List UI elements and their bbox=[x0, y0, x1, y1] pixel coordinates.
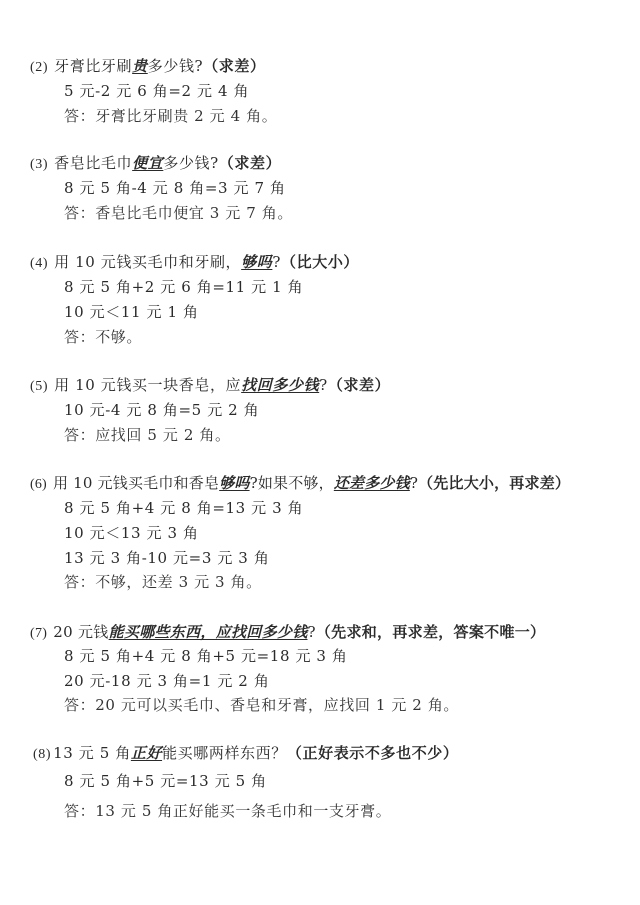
problem-2-step-1: 5 元-2 元 6 角=2 元 4 角 bbox=[64, 82, 249, 100]
emphasized-keyword: 够吗 bbox=[219, 474, 249, 492]
problem-3-answer: 答：香皂比毛巾便宜 3 元 7 角。 bbox=[64, 204, 293, 222]
problem-6-step-1: 8 元 5 角+4 元 8 角=13 元 3 角 bbox=[64, 499, 303, 517]
question-text: 能买哪两样东西？ bbox=[162, 744, 287, 762]
problem-7-title: (7)20 元钱能买哪些东西，应找回多少钱?（先求和，再求差，答案不唯一） bbox=[30, 623, 545, 643]
emphasized-keyword: 够吗 bbox=[241, 253, 272, 271]
question-text: ? bbox=[410, 474, 418, 492]
problem-3-step-1: 8 元 5 角-4 元 8 角=3 元 7 角 bbox=[64, 179, 286, 197]
method-hint: （先比大小，再求差） bbox=[418, 474, 570, 492]
problem-number: (4) bbox=[30, 256, 48, 271]
method-hint: （比大小） bbox=[281, 253, 359, 271]
emphasized-keyword: 还差多少钱 bbox=[334, 474, 410, 492]
emphasized-keyword: 正好 bbox=[131, 744, 162, 762]
question-text: 20 元钱 bbox=[53, 623, 108, 641]
emphasized-keyword: 便宜 bbox=[132, 154, 163, 172]
problem-6-step-2: 10 元＜13 元 3 角 bbox=[64, 524, 199, 542]
problem-8-title: (8)13 元 5 角正好能买哪两样东西？（正好表示不多也不少） bbox=[33, 744, 459, 764]
problem-number: (3) bbox=[30, 157, 48, 172]
problem-5-title: (5)用 10 元钱买一块香皂，应找回多少钱?（求差） bbox=[30, 376, 390, 396]
question-text: 多少钱? bbox=[148, 57, 203, 75]
problem-4-answer: 答：不够。 bbox=[64, 328, 142, 346]
question-text: 香皂比毛巾 bbox=[54, 154, 132, 172]
problem-2-title: (2)牙膏比牙刷贵多少钱?（求差） bbox=[30, 57, 266, 77]
problem-4-step-1: 8 元 5 角+2 元 6 角=11 元 1 角 bbox=[64, 278, 303, 296]
problem-number: (8) bbox=[33, 747, 51, 762]
problem-3-title: (3)香皂比毛巾便宜多少钱?（求差） bbox=[30, 154, 281, 174]
question-text: ?如果不够， bbox=[250, 474, 334, 492]
method-hint: （正好表示不多也不少） bbox=[287, 744, 459, 762]
problem-6-answer: 答：不够，还差 3 元 3 角。 bbox=[64, 573, 262, 591]
problem-7-step-2: 20 元-18 元 3 角=1 元 2 角 bbox=[64, 672, 269, 690]
problem-number: (5) bbox=[30, 379, 48, 394]
problem-number: (2) bbox=[30, 60, 48, 75]
problem-7-answer: 答：20 元可以买毛巾、香皂和牙膏，应找回 1 元 2 角。 bbox=[64, 696, 459, 714]
question-text: 多少钱? bbox=[163, 154, 218, 172]
problem-5-step-1: 10 元-4 元 8 角=5 元 2 角 bbox=[64, 401, 259, 419]
question-text: ? bbox=[308, 623, 316, 641]
method-hint: （求差） bbox=[219, 154, 281, 172]
problem-8-answer: 答：13 元 5 角正好能买一条毛巾和一支牙膏。 bbox=[64, 802, 391, 820]
problem-7-step-1: 8 元 5 角+4 元 8 角+5 元=18 元 3 角 bbox=[64, 647, 348, 665]
question-text: 用 10 元钱买毛巾和牙刷， bbox=[54, 253, 241, 271]
emphasized-keyword: 贵 bbox=[132, 57, 148, 75]
problem-number: (7) bbox=[30, 626, 47, 641]
method-hint: （求差） bbox=[203, 57, 265, 75]
method-hint: （求差） bbox=[328, 376, 390, 394]
question-text: 13 元 5 角 bbox=[53, 744, 131, 762]
problem-6-step-3: 13 元 3 角-10 元=3 元 3 角 bbox=[64, 549, 269, 567]
problem-4-step-2: 10 元＜11 元 1 角 bbox=[64, 303, 199, 321]
problem-number: (6) bbox=[30, 477, 47, 492]
emphasized-keyword: 能买哪些东西，应找回多少钱 bbox=[109, 623, 308, 641]
question-text: ? bbox=[272, 253, 281, 271]
problem-6-title: (6)用 10 元钱买毛巾和香皂够吗?如果不够，还差多少钱?（先比大小，再求差） bbox=[30, 474, 570, 494]
question-text: 用 10 元钱买毛巾和香皂 bbox=[53, 474, 219, 492]
question-text: ? bbox=[319, 376, 328, 394]
emphasized-keyword: 找回多少钱 bbox=[241, 376, 319, 394]
question-text: 牙膏比牙刷 bbox=[54, 57, 132, 75]
method-hint: （先求和，再求差，答案不唯一） bbox=[316, 623, 546, 641]
problem-4-title: (4)用 10 元钱买毛巾和牙刷，够吗?（比大小） bbox=[30, 253, 359, 273]
problem-2-answer: 答：牙膏比牙刷贵 2 元 4 角。 bbox=[64, 107, 277, 125]
question-text: 用 10 元钱买一块香皂，应 bbox=[54, 376, 241, 394]
problem-8-step-1: 8 元 5 角+5 元=13 元 5 角 bbox=[64, 772, 267, 790]
problem-5-answer: 答：应找回 5 元 2 角。 bbox=[64, 426, 231, 444]
